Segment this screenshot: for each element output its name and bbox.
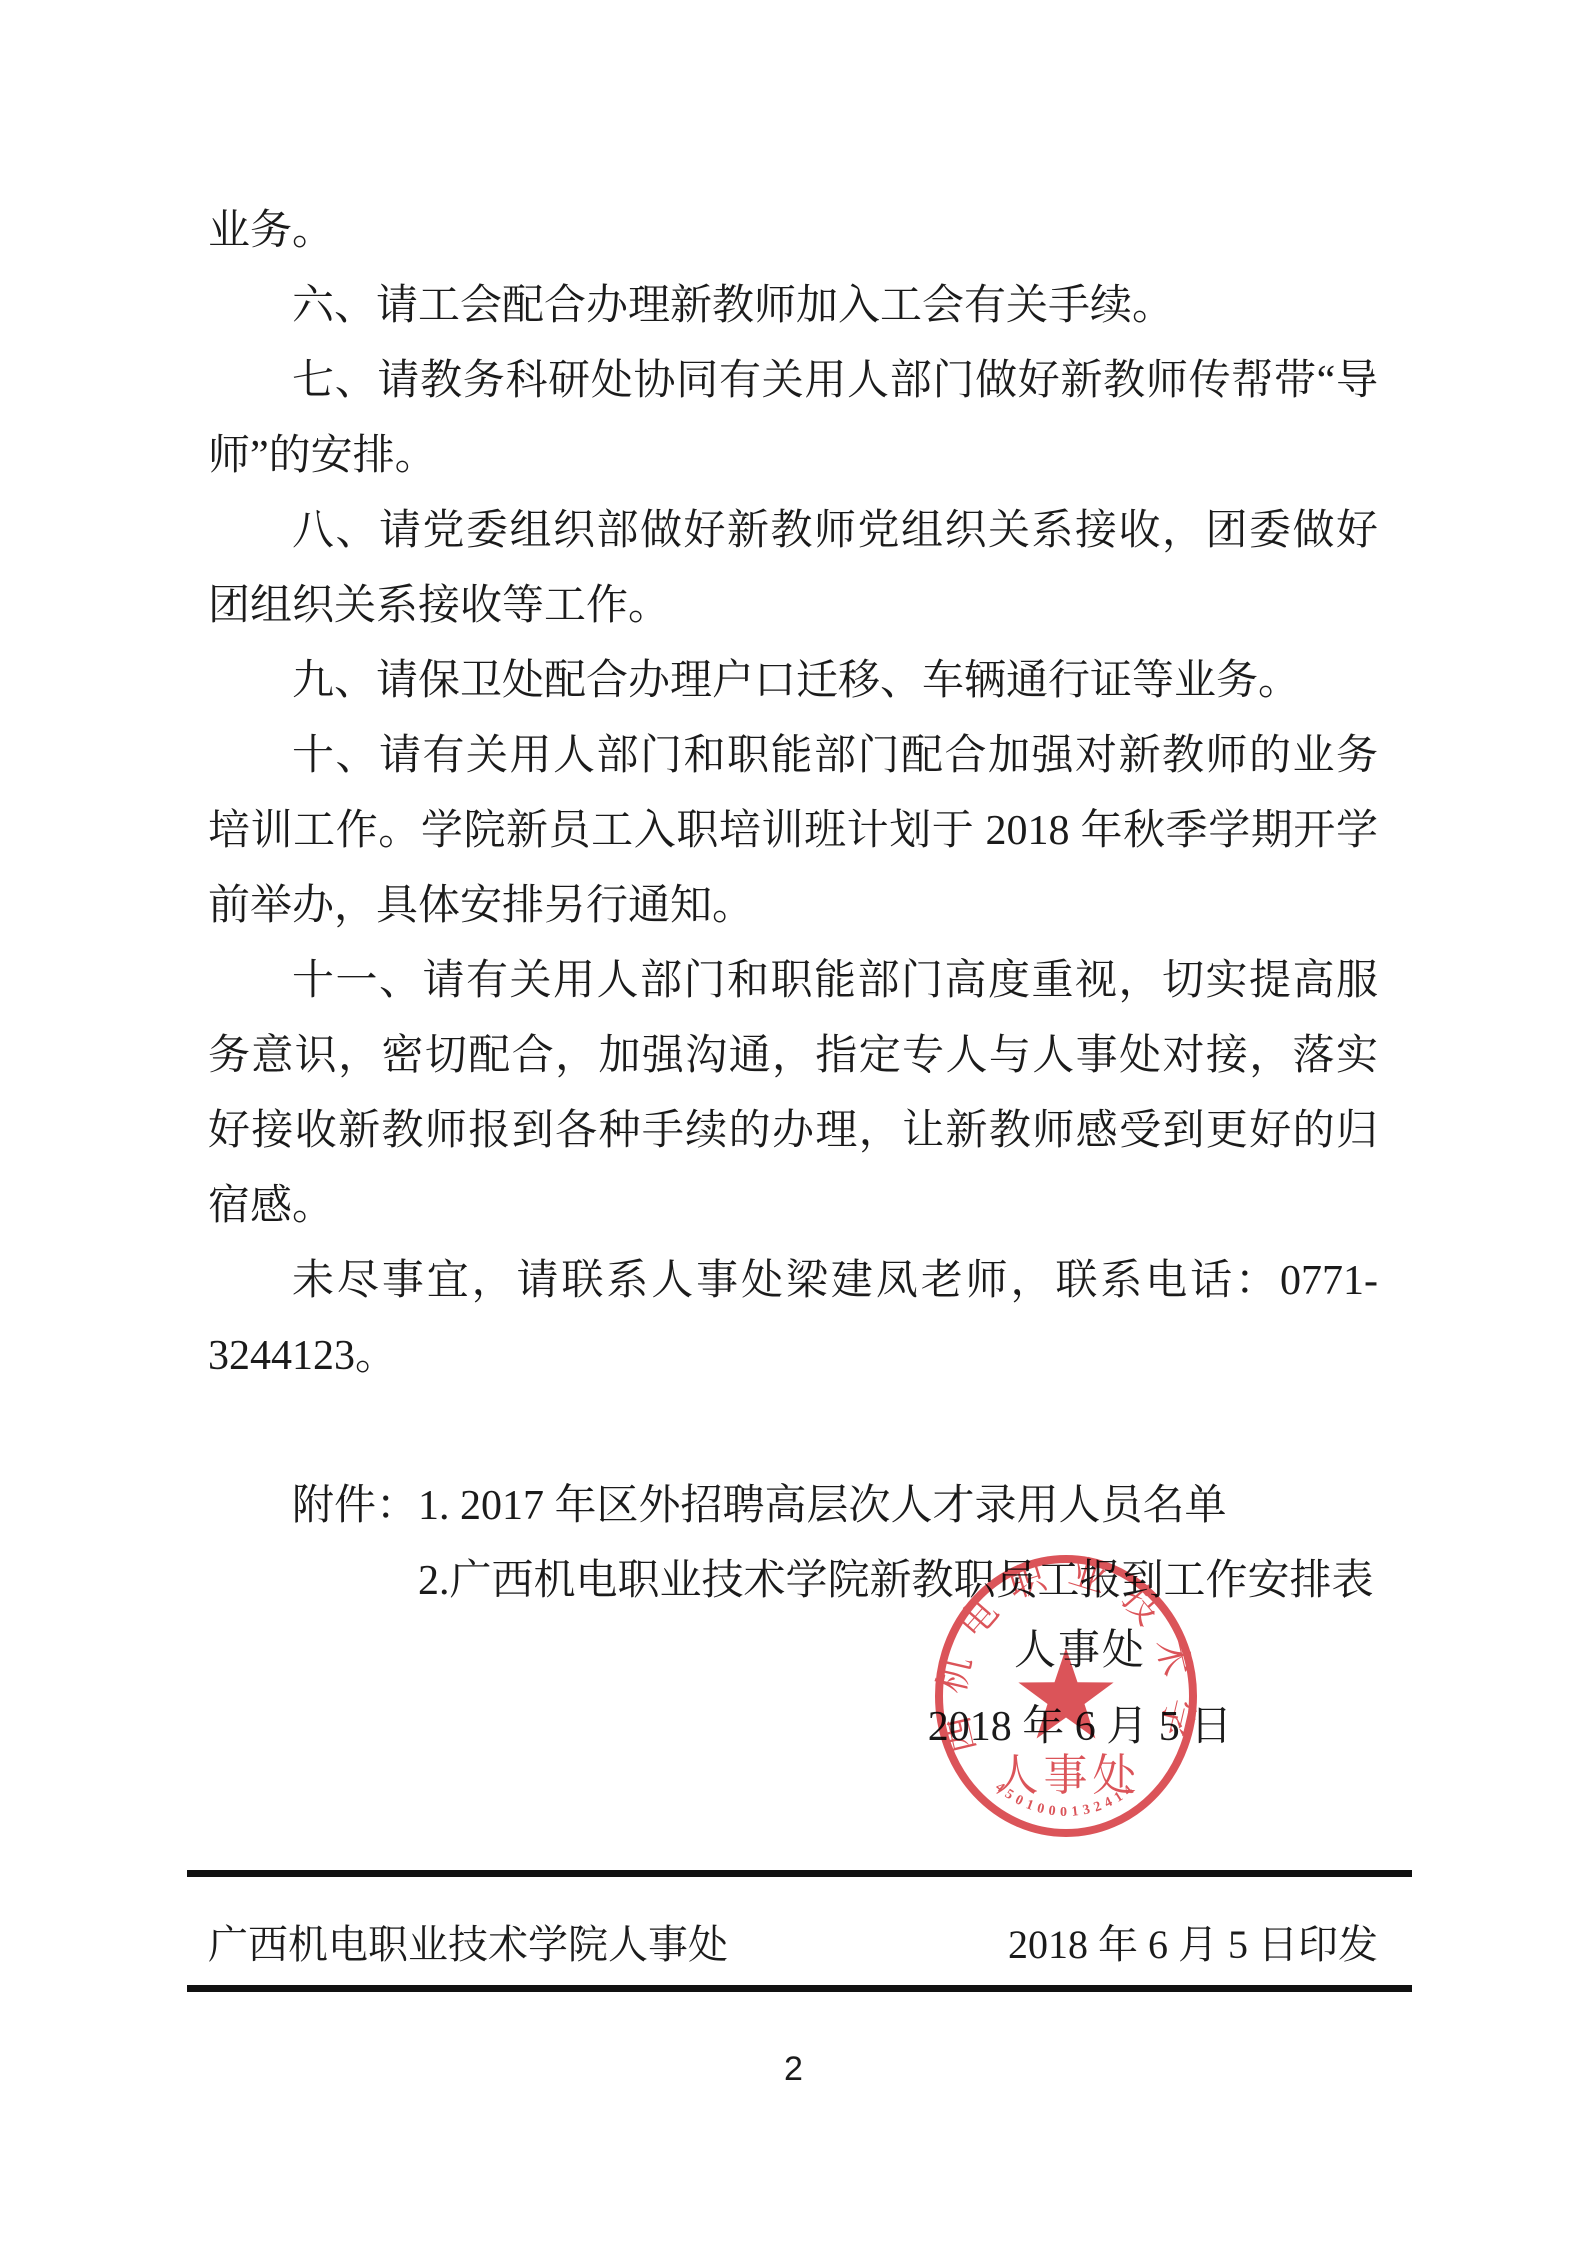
body-paragraph: 六、请工会配合办理新教师加入工会有关手续。 xyxy=(208,269,1378,344)
footer-issuer: 广西机电职业技术学院人事处 xyxy=(208,1922,728,1968)
footer-print-date: 2018 年 6 月 5 日印发 xyxy=(1008,1922,1378,1968)
attachment-item: 2.广西机电职业技术学院新教职员工报到工作安排表 xyxy=(418,1558,1374,1604)
body-paragraph: 未尽事宜，请联系人事处梁建凤老师，联系电话：0771-3244123。 xyxy=(208,1244,1378,1394)
document-body: 业务。 六、请工会配合办理新教师加入工会有关手续。 七、请教务科研处协同有关用人… xyxy=(208,194,1378,1619)
attachment-item: 1. 2017 年区外招聘高层次人才录用人员名单 xyxy=(418,1483,1227,1529)
body-paragraph: 八、请党委组织部做好新教师党组织关系接收，团委做好团组织关系接收等工作。 xyxy=(208,494,1378,644)
official-seal: 广西机电职业技术学院 人事处 4501000132414 xyxy=(928,1548,1204,1844)
footer-bottom-rule xyxy=(187,1985,1412,1992)
body-paragraph: 九、请保卫处配合办理户口迁移、车辆通行证等业务。 xyxy=(208,644,1378,719)
attachment-label: 附件： xyxy=(292,1483,418,1529)
document-page: 业务。 六、请工会配合办理新教师加入工会有关手续。 七、请教务科研处协同有关用人… xyxy=(0,0,1587,2245)
body-paragraph: 业务。 xyxy=(208,194,1378,269)
footer-top-rule xyxy=(187,1870,1412,1877)
body-paragraph: 七、请教务科研处协同有关用人部门做好新教师传帮带“导师”的安排。 xyxy=(208,344,1378,494)
page-number: 2 xyxy=(0,2050,1587,2089)
body-paragraph: 十一、请有关用人部门和职能部门高度重视，切实提高服务意识，密切配合，加强沟通，指… xyxy=(208,944,1378,1244)
attachment-line: 附件：1. 2017 年区外招聘高层次人才录用人员名单 xyxy=(208,1469,1378,1544)
footer: 广西机电职业技术学院人事处 2018 年 6 月 5 日印发 xyxy=(208,1922,1378,1968)
body-paragraph: 十、请有关用人部门和职能部门配合加强对新教师的业务培训工作。学院新员工入职培训班… xyxy=(208,719,1378,944)
seal-star-icon xyxy=(1018,1648,1113,1739)
